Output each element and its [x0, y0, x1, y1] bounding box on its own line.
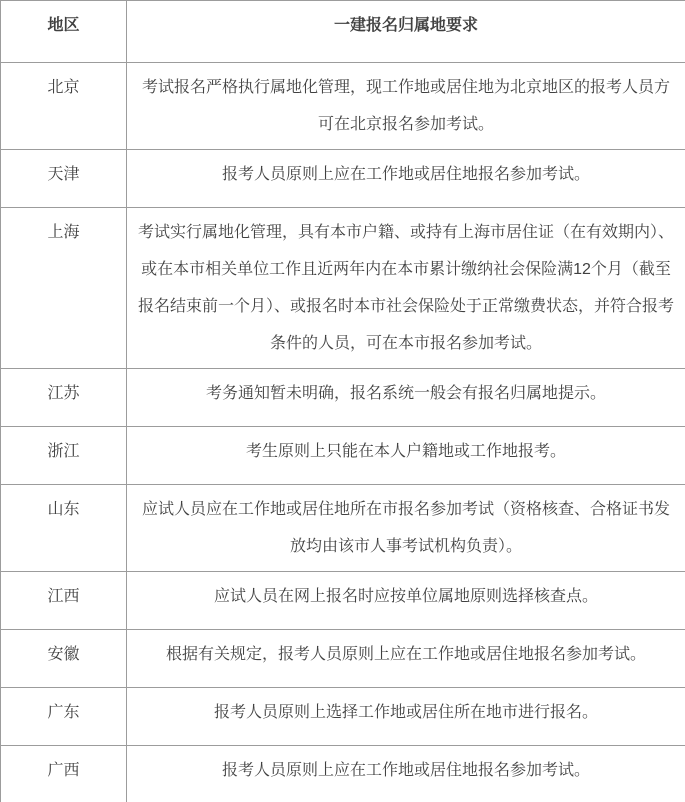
region-column-header: 地区	[1, 1, 127, 63]
table-row: 广西 报考人员原则上应在工作地或居住地报名参加考试。	[1, 746, 685, 802]
table-header-row: 地区 一建报名归属地要求	[1, 1, 685, 63]
requirement-column-header: 一建报名归属地要求	[127, 1, 685, 63]
table-row: 山东 应试人员应在工作地或居住地所在市报名参加考试（资格核查、合格证书发放均由该…	[1, 485, 685, 572]
page: 地区 一建报名归属地要求 北京 考试报名严格执行属地化管理，现工作地或居住地为北…	[0, 0, 685, 802]
table-row: 上海 考试实行属地化管理，具有本市户籍、或持有上海市居住证（在有效期内）、或在本…	[1, 208, 685, 369]
region-cell: 天津	[1, 150, 127, 208]
table-body: 北京 考试报名严格执行属地化管理，现工作地或居住地为北京地区的报考人员方可在北京…	[1, 63, 685, 802]
registration-requirements-table: 地区 一建报名归属地要求 北京 考试报名严格执行属地化管理，现工作地或居住地为北…	[0, 0, 685, 802]
requirement-cell: 应试人员应在工作地或居住地所在市报名参加考试（资格核查、合格证书发放均由该市人事…	[127, 485, 685, 572]
requirement-cell: 考务通知暂未明确，报名系统一般会有报名归属地提示。	[127, 369, 685, 427]
table-row: 浙江 考生原则上只能在本人户籍地或工作地报考。	[1, 427, 685, 485]
requirement-cell: 考试报名严格执行属地化管理，现工作地或居住地为北京地区的报考人员方可在北京报名参…	[127, 63, 685, 150]
region-cell: 江西	[1, 572, 127, 630]
table-row: 北京 考试报名严格执行属地化管理，现工作地或居住地为北京地区的报考人员方可在北京…	[1, 63, 685, 150]
requirement-cell: 考试实行属地化管理，具有本市户籍、或持有上海市居住证（在有效期内）、或在本市相关…	[127, 208, 685, 369]
region-cell: 浙江	[1, 427, 127, 485]
region-cell: 江苏	[1, 369, 127, 427]
requirement-cell: 报考人员原则上应在工作地或居住地报名参加考试。	[127, 150, 685, 208]
region-cell: 北京	[1, 63, 127, 150]
region-cell: 广东	[1, 688, 127, 746]
table-row: 天津 报考人员原则上应在工作地或居住地报名参加考试。	[1, 150, 685, 208]
table-row: 安徽 根据有关规定，报考人员原则上应在工作地或居住地报名参加考试。	[1, 630, 685, 688]
region-cell: 山东	[1, 485, 127, 572]
table-row: 江苏 考务通知暂未明确，报名系统一般会有报名归属地提示。	[1, 369, 685, 427]
table-row: 江西 应试人员在网上报名时应按单位属地原则选择核查点。	[1, 572, 685, 630]
requirement-cell: 报考人员原则上选择工作地或居住所在地市进行报名。	[127, 688, 685, 746]
requirement-cell: 考生原则上只能在本人户籍地或工作地报考。	[127, 427, 685, 485]
region-cell: 上海	[1, 208, 127, 369]
requirement-cell: 根据有关规定，报考人员原则上应在工作地或居住地报名参加考试。	[127, 630, 685, 688]
requirement-cell: 应试人员在网上报名时应按单位属地原则选择核查点。	[127, 572, 685, 630]
region-cell: 广西	[1, 746, 127, 802]
requirement-cell: 报考人员原则上应在工作地或居住地报名参加考试。	[127, 746, 685, 802]
region-cell: 安徽	[1, 630, 127, 688]
table-row: 广东 报考人员原则上选择工作地或居住所在地市进行报名。	[1, 688, 685, 746]
